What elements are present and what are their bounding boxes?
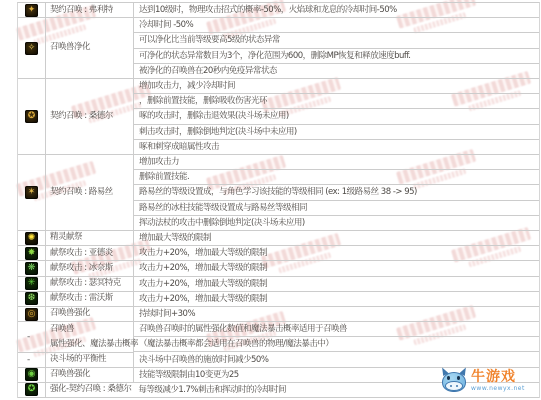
skill-name-cell: 献祭攻击 : 雷沃斯: [46, 292, 134, 307]
skill-name: 契约召唤 : 弗利特: [50, 3, 133, 18]
skill-icon-cell: ❆: [18, 292, 46, 307]
table-row: ❋献祭攻击 : 冰奈斯攻击力+20%，增加最大等级的限制: [18, 261, 539, 276]
table-row: ✺精灵献祭增加最大等级的限制: [18, 231, 539, 246]
table-row: ✳献祭攻击 : 瑟冥特克攻击力+20%，增加最大等级的限制: [18, 277, 539, 292]
skill-name-cell: 召唤兽强化: [46, 368, 134, 383]
skill-desc-cell: 召唤兽召唤时的属性强化数值和魔法暴击概率适用于召唤兽（魔法暴击概率都会适用在召唤…: [134, 322, 539, 352]
skill-effect-text: 冷却时间 -50%: [134, 18, 539, 33]
table-row: -召唤兽属性强化、魔法暴击概率召唤兽召唤时的属性强化数值和魔法暴击概率适用于召唤…: [18, 322, 539, 352]
ador-skill-icon: ✸: [25, 247, 38, 260]
skill-effect-text: 路易丝的冰柱技能等级设置成与路易丝等级相同: [134, 201, 539, 216]
nias-skill-icon: ❋: [25, 262, 38, 275]
table-row: ◎召唤兽强化持续时间+30%: [18, 307, 539, 322]
skill-name: 献祭攻击 : 瑟冥特克: [50, 276, 133, 291]
site-logo: 牛游戏 www.newyx.net: [439, 363, 539, 399]
skill-icon-cell: -: [18, 353, 46, 368]
skill-name-cell: 精灵献祭: [46, 231, 134, 246]
skill-effect-text: （魔法暴击概率都会适用在召唤兽的物理/魔法暴击中）: [134, 337, 539, 352]
table-row: ✦契约召唤 : 弗利特达到10级时，物理攻击招式的概率-50%，火焰球和龙息的冷…: [18, 3, 539, 18]
skill-icon-cell: ◎: [18, 307, 46, 322]
skill-name: 献祭攻击 : 雷沃斯: [50, 291, 133, 306]
skill-icon-cell: ✦: [18, 3, 46, 18]
mascot-nostril: [456, 385, 458, 387]
skill-name-cell: 决斗场的平衡性: [46, 353, 134, 368]
mascot-muzzle: [445, 381, 463, 391]
table-row: ❆献祭攻击 : 雷沃斯攻击力+20%，增加最大等级的限制: [18, 292, 539, 307]
skill-desc-cell: 增加攻击力，减少冷却时间，删除前置技能，删除吸收伤害光环啄的攻击时，删除击退效果…: [134, 79, 539, 155]
skill-icon-cell: -: [18, 322, 46, 352]
skill-effect-text: 攻击力+20%，增加最大等级的限制: [134, 292, 539, 307]
skill-name-cell: 召唤兽强化: [46, 307, 134, 322]
logo-text-block: 牛游戏 www.newyx.net: [471, 370, 525, 392]
skill-name-cell: 献祭攻击 : 亚德炎: [46, 246, 134, 261]
skill-name: 召唤兽净化: [50, 40, 133, 55]
skill-effect-text: 删除前置技能.: [134, 170, 539, 185]
skill-icon-cell: ✪: [18, 79, 46, 155]
skill-effect-text: ，删除前置技能，删除吸收伤害光环: [134, 94, 539, 109]
screenshot-root: ✦契约召唤 : 弗利特达到10级时，物理攻击招式的概率-50%，火焰球和龙息的冷…: [0, 0, 541, 400]
table-row: ✶契约召唤 : 路易丝增加攻击力删除前置技能.路易丝的等级设置成，与角色学习该技…: [18, 155, 539, 231]
skill-icon-cell: ✺: [18, 231, 46, 246]
sander-skill-icon: ✪: [25, 110, 38, 123]
skill-effect-text: 啄和刺穿成暗属性攻击: [134, 140, 539, 155]
skill-effect-text: 增加最大等级的限制: [134, 231, 539, 246]
skill-name: 献祭攻击 : 亚德炎: [50, 246, 133, 261]
skill-icon-cell: ✳: [18, 277, 46, 292]
table-row: ✸献祭攻击 : 亚德炎攻击力+20%，增加最大等级的限制: [18, 246, 539, 261]
skill-icon-cell: ✪: [18, 383, 46, 398]
revos-skill-icon: ❆: [25, 292, 38, 305]
skill-name-cell: 召唤兽净化: [46, 18, 134, 79]
freet-skill-icon: ✦: [25, 4, 38, 17]
skill-desc-cell: 达到10级时，物理攻击招式的概率-50%，火焰球和龙息的冷却时间-50%: [134, 3, 539, 18]
row-dash: -: [27, 332, 30, 342]
skill-name-cell: 献祭攻击 : 瑟冥特克: [46, 277, 134, 292]
summon-enhance-skill-icon: ◎: [25, 308, 38, 321]
skill-icon-cell: ✸: [18, 246, 46, 261]
spirit-sacrifice-skill-icon: ✺: [25, 232, 38, 245]
skill-name: 召唤兽: [50, 322, 133, 337]
skill-name-cell: 强化-契约召唤 : 桑德尔: [46, 383, 134, 398]
summon-purify-skill-icon: ✧: [25, 42, 38, 55]
skill-desc-cell: 增加攻击力删除前置技能.路易丝的等级设置成，与角色学习该技能的等级相同 (ex:…: [134, 155, 539, 231]
skill-name: 强化-契约召唤 : 桑德尔: [50, 382, 131, 397]
skill-name-cell: 契约召唤 : 弗利特: [46, 3, 134, 18]
skill-effect-text: 增加攻击力: [134, 155, 539, 170]
skill-icon-cell: ❋: [18, 261, 46, 276]
skill-effect-text: 召唤兽召唤时的属性强化数值和魔法暴击概率适用于召唤兽: [134, 322, 539, 337]
mascot-eye: [457, 376, 460, 380]
skill-desc-cell: 攻击力+20%，增加最大等级的限制: [134, 277, 539, 292]
skill-icon-cell: ✧: [18, 18, 46, 79]
skill-name: 召唤兽强化: [50, 367, 133, 382]
mascot-nostril: [450, 385, 452, 387]
skill-effect-text: 被净化的召唤兽在20秒内免疫异常状态: [134, 64, 539, 79]
logo-url: www.newyx.net: [471, 386, 525, 392]
skill-effect-text: 可以净化比当前等级要高5级的状态异常: [134, 33, 539, 48]
skill-name-cell: 献祭攻击 : 冰奈斯: [46, 261, 134, 276]
skill-table: ✦契约召唤 : 弗利特达到10级时，物理攻击招式的概率-50%，火焰球和龙息的冷…: [17, 2, 540, 398]
skill-effect-text: 攻击力+20%，增加最大等级的限制: [134, 277, 539, 292]
skill-effect-text: 刺击攻击时，删除倒地判定(决斗场中未应用): [134, 125, 539, 140]
skill-name: 决斗场的平衡性: [50, 352, 133, 367]
skill-name: 精灵献祭: [50, 230, 133, 245]
skill-desc-cell: 攻击力+20%，增加最大等级的限制: [134, 246, 539, 261]
skill-effect-text: 啄的攻击时，删除击退效果(决斗场未应用): [134, 109, 539, 124]
skill-name: 召唤兽强化: [50, 306, 133, 321]
skill-icon-cell: ✶: [18, 155, 46, 231]
table-row: ✧召唤兽净化冷却时间 -50%可以净化比当前等级要高5级的状态异常可净化的状态异…: [18, 18, 539, 79]
skill-name-cell: 契约召唤 : 路易丝: [46, 155, 134, 231]
table-row: ✪契约召唤 : 桑德尔增加攻击力，减少冷却时间，删除前置技能，删除吸收伤害光环啄…: [18, 79, 539, 155]
skill-effect-text: 攻击力+20%，增加最大等级的限制: [134, 261, 539, 276]
skill-effect-text: 达到10级时，物理攻击招式的概率-50%，火焰球和龙息的冷却时间-50%: [134, 3, 539, 18]
semetek-skill-icon: ✳: [25, 277, 38, 290]
skill-effect-text: 持续时间+30%: [134, 307, 539, 322]
skill-name-cell: 契约召唤 : 桑德尔: [46, 79, 134, 155]
mascot-eye: [447, 376, 450, 380]
skill-effect-text: 增加攻击力，减少冷却时间: [134, 79, 539, 94]
skill-effect-text: 挥动法杖的攻击中删除倒地判定(决斗场未应用): [134, 216, 539, 231]
skill-name: 属性强化、魔法暴击概率: [50, 337, 133, 352]
cow-mascot-icon: [439, 366, 469, 396]
logo-brand: 牛游戏: [471, 370, 525, 384]
skill-desc-cell: 攻击力+20%，增加最大等级的限制: [134, 261, 539, 276]
skill-desc-cell: 攻击力+20%，增加最大等级的限制: [134, 292, 539, 307]
skill-name: 契约召唤 : 桑德尔: [50, 109, 133, 124]
skill-desc-cell: 持续时间+30%: [134, 307, 539, 322]
skill-effect-text: 可净化的状态异常数目为3个，净化范围为600，删除MP恢复和释放速度buff.: [134, 49, 539, 64]
skill-icon-cell: ◉: [18, 368, 46, 383]
skill-desc-cell: 冷却时间 -50%可以净化比当前等级要高5级的状态异常可净化的状态异常数目为3个…: [134, 18, 539, 79]
enhance-sander-skill-icon: ✪: [25, 383, 38, 396]
row-dash: -: [27, 355, 30, 365]
skill-effect-text: 路易丝的等级设置成，与角色学习该技能的等级相同 (ex: 1级路易丝 38 ->…: [134, 185, 539, 200]
skill-effect-text: 攻击力+20%，增加最大等级的限制: [134, 246, 539, 261]
skill-name: 献祭攻击 : 冰奈斯: [50, 261, 133, 276]
skill-name-cell: 召唤兽属性强化、魔法暴击概率: [46, 322, 134, 352]
skill-name: 契约召唤 : 路易丝: [50, 185, 133, 200]
skill-desc-cell: 增加最大等级的限制: [134, 231, 539, 246]
louise-skill-icon: ✶: [25, 186, 38, 199]
summon-enhance-green-skill-icon: ◉: [25, 368, 38, 381]
